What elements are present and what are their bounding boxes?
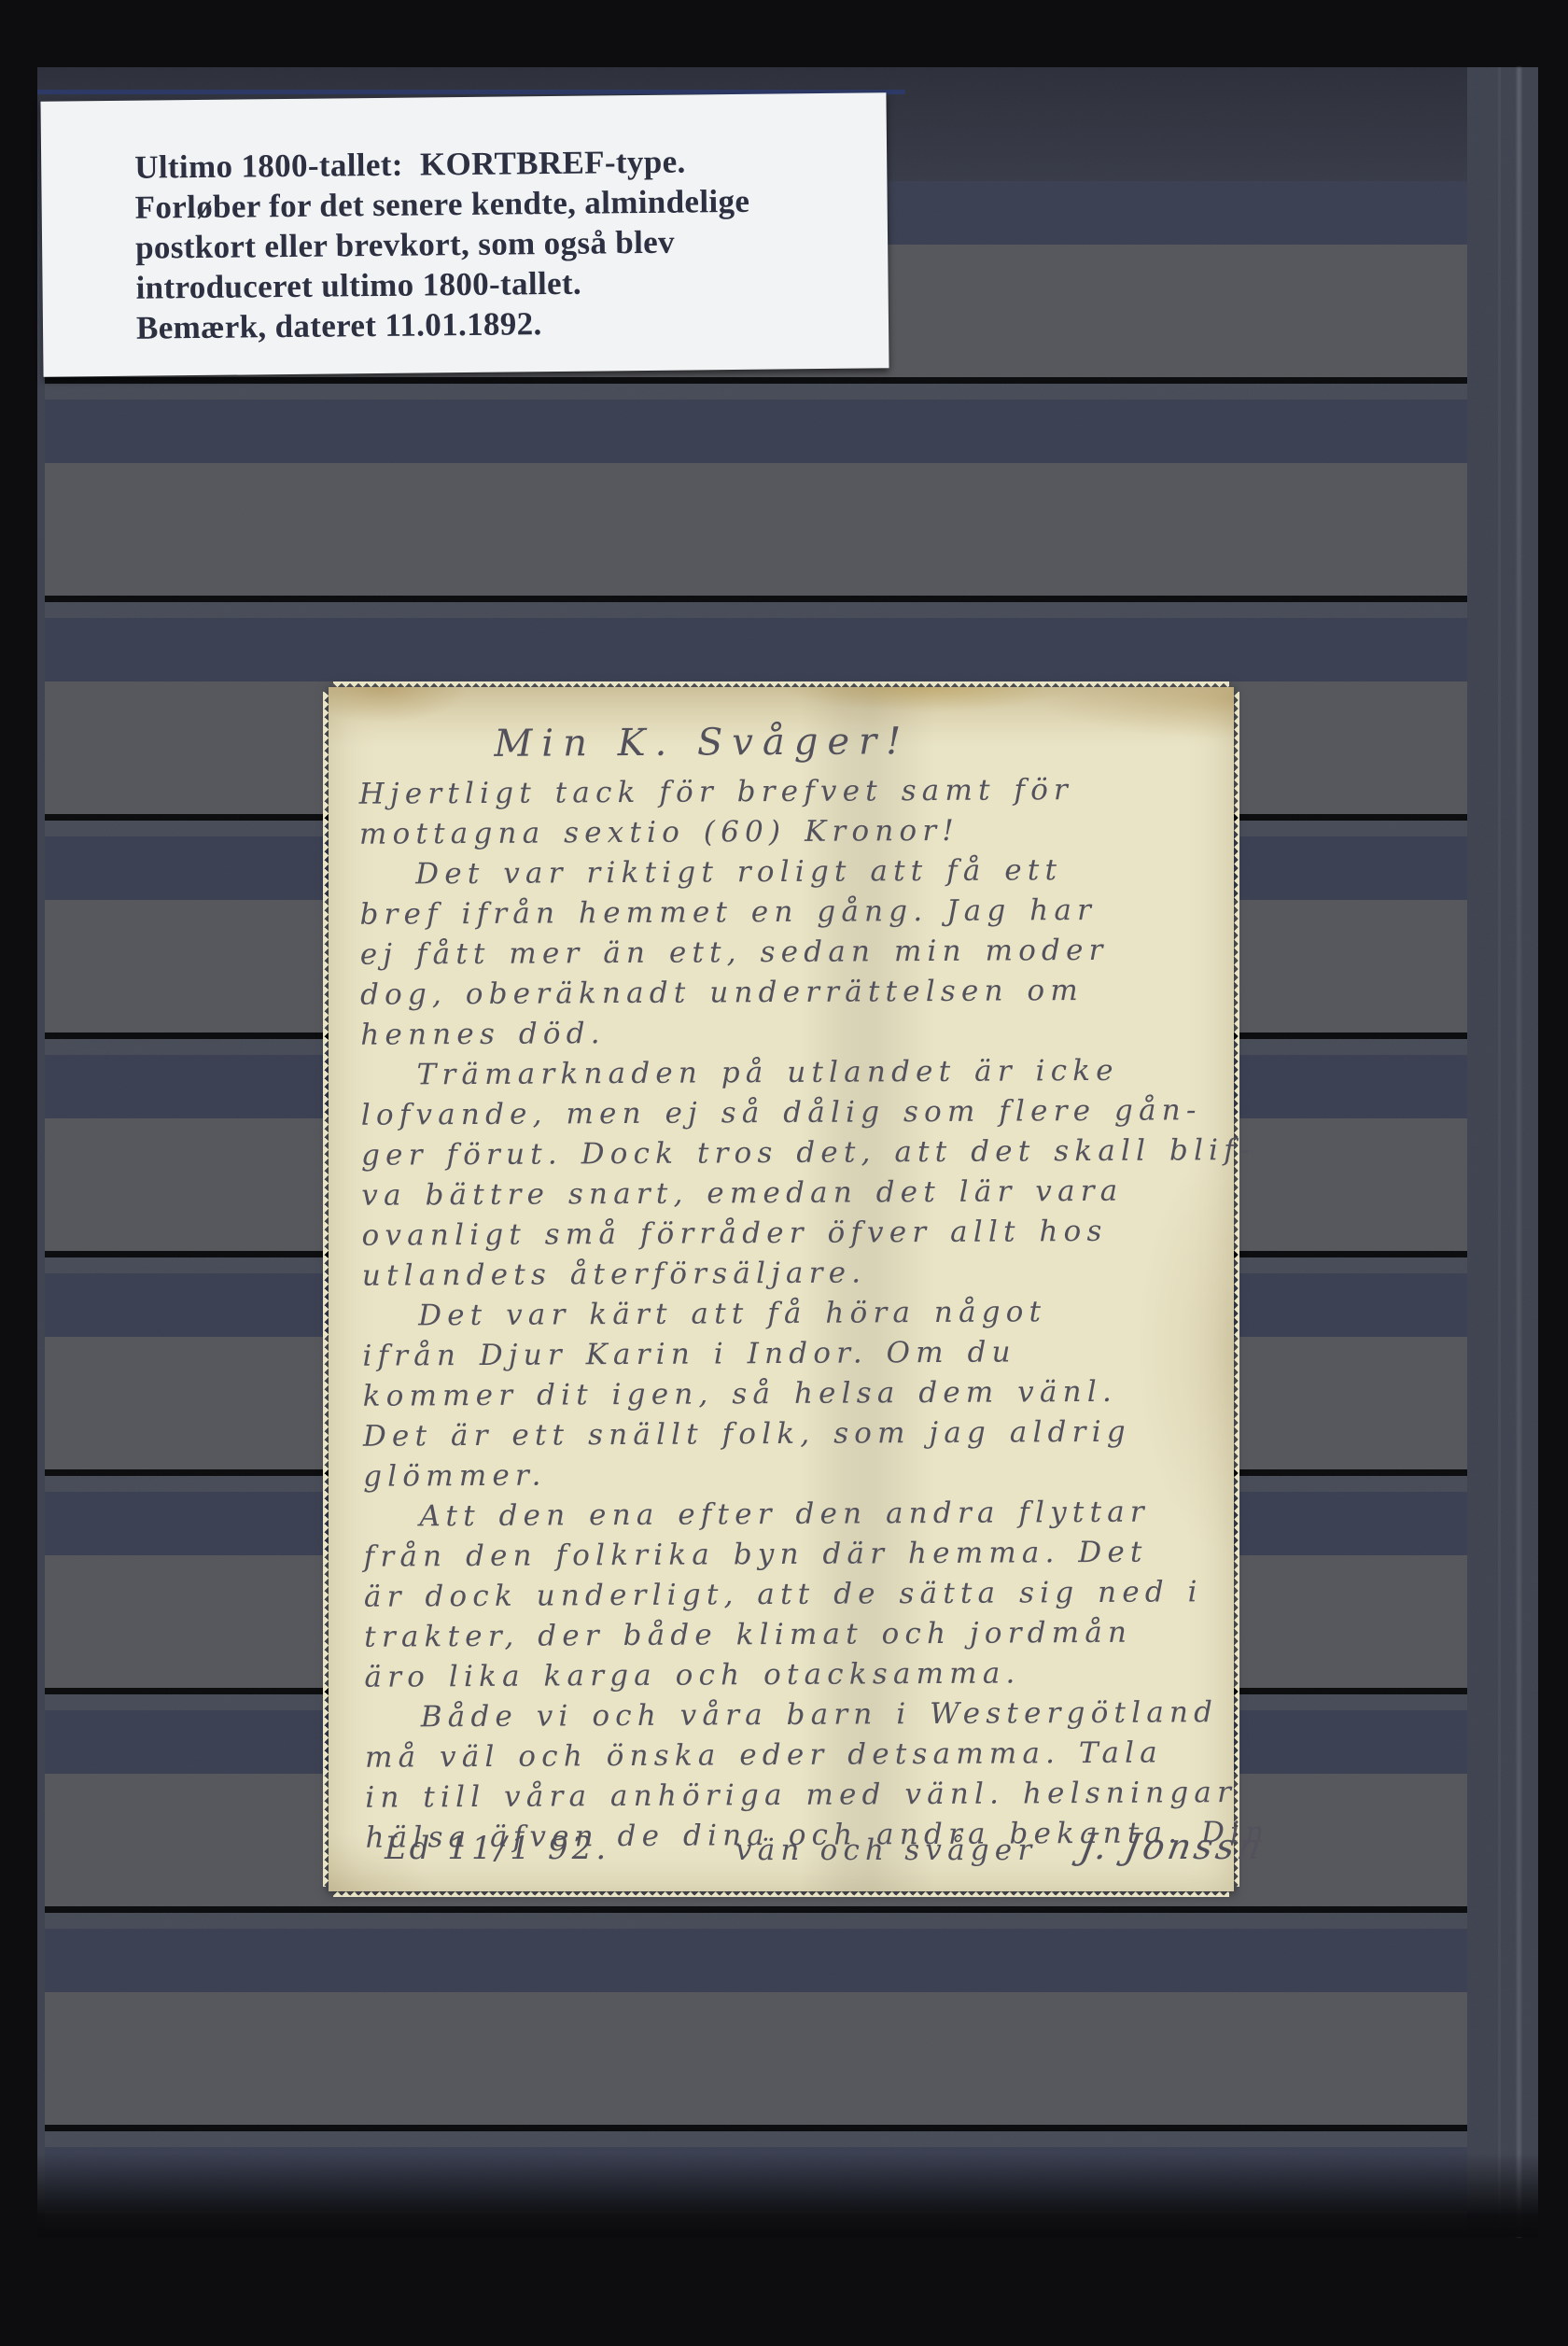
letter-line: mottagna sextio (60) Kronor!: [359, 810, 1203, 856]
page-right-edge-shadow-line: [1498, 67, 1501, 2237]
letter-signature: J. Jonssn: [1077, 1826, 1267, 1867]
page-right-edge-highlight: [1517, 67, 1521, 2237]
letter-date: Ld 11/1 92.: [385, 1830, 609, 1867]
letter-line: ger förut. Dock tros det, att det skall …: [361, 1131, 1205, 1177]
letter-line: hennes död.: [360, 1011, 1204, 1057]
letter-line: Att den ena efter den andra flyttar: [419, 1493, 1207, 1538]
letter-line: trakter, der både klimat och jordmån: [364, 1613, 1208, 1659]
perforation-left-edge: [323, 692, 329, 1887]
perforation-top-edge: [333, 681, 1229, 687]
page-bottom-shadow: [37, 2153, 1538, 2237]
letter-line: Det var kärt att få höra något: [418, 1292, 1206, 1337]
letter-text: Min K. Svåger! Hjertligt tack för brefve…: [358, 712, 1210, 1876]
letter-line: Trämarknaden på utlandet är icke: [416, 1051, 1204, 1096]
letter-line: ovanligt små förråder öfver allt hos: [361, 1212, 1205, 1257]
photo-backdrop: Ultimo 1800-tallet: KORTBREF-type. Forlø…: [0, 0, 1568, 2346]
letter-salutation: Min K. Svåger!: [494, 712, 1202, 775]
description-label: Ultimo 1800-tallet: KORTBREF-type. Forlø…: [40, 92, 889, 376]
letter-line: från den folkrika byn där hemma. Det: [364, 1533, 1208, 1579]
letter-footer: Ld 11/1 92. vän och svåger J. Jonssn: [362, 1826, 1206, 1878]
letter-closing: vän och svåger: [735, 1833, 1037, 1867]
perforation-right-edge: [1234, 692, 1239, 1887]
letter-line: in till våra anhöriga med vänl. helsning…: [365, 1774, 1209, 1819]
letter-line: lofvande, men ej så dålig som flere gån-: [361, 1091, 1205, 1137]
page-right-margin: [1467, 67, 1538, 2237]
letter-line: må väl och önska eder detsamma. Tala: [365, 1734, 1209, 1779]
perforation-bottom-edge: [333, 1891, 1229, 1897]
label-line: Bemærk, dateret 11.01.1892.: [136, 300, 889, 347]
letter-line: Det är ett snällt folk, som jag aldrig: [363, 1412, 1207, 1458]
letter-line: dog, oberäknadt underrättelsen om: [360, 971, 1204, 1017]
letter-line: glömmer.: [363, 1453, 1207, 1498]
letter-line: ifrån Djur Karin i Indor. Om du: [362, 1332, 1206, 1378]
letter-line: Hjertligt tack för brefvet samt för: [359, 770, 1203, 816]
letter-line: Det var riktigt roligt att få ett: [415, 850, 1203, 895]
letter-line: Både vi och våra barn i Westergötland: [421, 1693, 1209, 1738]
letter-line: bref ifrån hemmet en gång. Jag har: [359, 891, 1203, 936]
letter-line: ej fått mer än ett, sedan min moder: [360, 931, 1204, 976]
letter-line: kommer dit igen, så helsa dem vänl.: [363, 1372, 1207, 1418]
letter-line: utlandets återförsäljare.: [362, 1252, 1206, 1298]
letter-line: är dock underligt, att de sätta sig ned …: [364, 1573, 1208, 1619]
letter-line: äro lika karga och otacksamma.: [364, 1653, 1208, 1699]
letter-card: Min K. Svåger! Hjertligt tack för brefve…: [329, 687, 1234, 1891]
letter-line: va bättre snart, emedan det lär vara: [361, 1172, 1205, 1217]
